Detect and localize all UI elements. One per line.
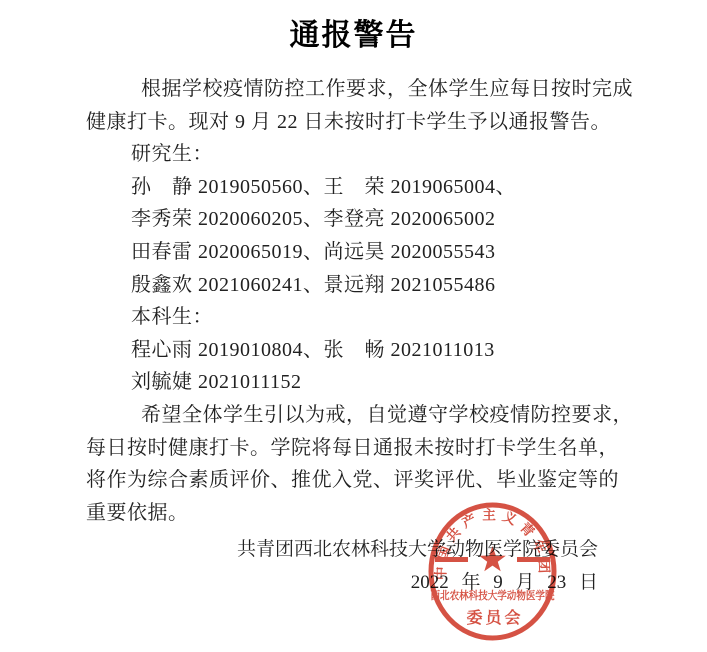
notice-line: 李秀荣 2020060205、李登亮 2020065002 bbox=[86, 203, 646, 236]
notice-line: 本科生： bbox=[86, 301, 646, 334]
notice-line: 殷鑫欢 2021060241、景远翔 2021055486 bbox=[86, 269, 646, 302]
notice-title: 通报警告 bbox=[0, 10, 707, 54]
seal-committee-text: 委员会 bbox=[466, 608, 523, 627]
signature-block: 共青团西北农林科技大学动物医学院委员会 2022 年 9 月 23 日 bbox=[237, 533, 598, 599]
notice-line: 孙 静 2019050560、王 荣 2019065004、 bbox=[86, 171, 646, 204]
notice-line: 刘毓婕 2021011152 bbox=[86, 366, 646, 399]
notice-line: 将作为综合素质评价、推优入党、评奖评优、毕业鉴定等的 bbox=[86, 464, 646, 497]
signature-date: 2022 年 9 月 23 日 bbox=[237, 566, 598, 599]
notice-document: 通报警告 根据学校疫情防控工作要求，全体学生应每日按时完成健康打卡。现对 9 月… bbox=[0, 0, 707, 652]
signature-organization: 共青团西北农林科技大学动物医学院委员会 bbox=[237, 533, 598, 566]
notice-line: 重要依据。 bbox=[86, 497, 646, 530]
notice-line: 研究生： bbox=[86, 138, 646, 171]
notice-body: 根据学校疫情防控工作要求，全体学生应每日按时完成健康打卡。现对 9 月 22 日… bbox=[86, 73, 646, 529]
notice-line: 田春雷 2020065019、尚远昊 2020055543 bbox=[86, 236, 646, 269]
notice-line: 希望全体学生引以为戒，自觉遵守学校疫情防控要求， bbox=[86, 399, 646, 432]
notice-line: 每日按时健康打卡。学院将每日通报未按时打卡学生名单， bbox=[86, 432, 646, 465]
notice-line: 健康打卡。现对 9 月 22 日未按时打卡学生予以通报警告。 bbox=[86, 106, 646, 139]
notice-line: 程心雨 2019010804、张 畅 2021011013 bbox=[86, 334, 646, 367]
notice-line: 根据学校疫情防控工作要求，全体学生应每日按时完成 bbox=[86, 73, 646, 106]
